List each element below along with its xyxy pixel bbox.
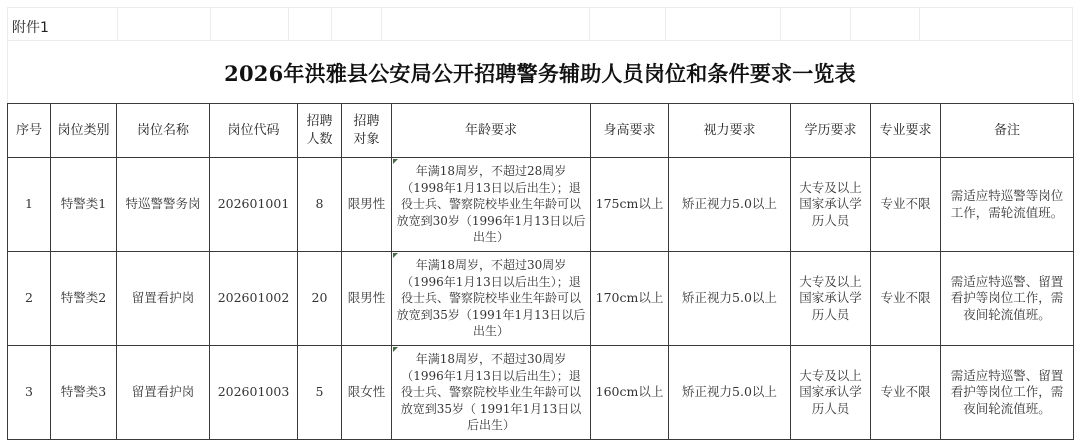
cell-target: 限男性: [342, 252, 392, 346]
header-vision: 视力要求: [669, 104, 791, 158]
gridline: [589, 8, 590, 41]
cell-age: 年满18周岁，不超过28周岁（1998年1月13日以后出生）；退役士兵、警察院校…: [392, 158, 591, 252]
cell-education: 大专及以上国家承认学历人员: [791, 346, 871, 440]
positions-table: 序号 岗位类别 岗位名称 岗位代码 招聘人数 招聘对象 年龄要求 身高要求 视力…: [7, 103, 1074, 440]
header-count: 招聘人数: [298, 104, 342, 158]
gridline: [919, 8, 920, 41]
cell-category: 特警类1: [51, 158, 117, 252]
cell-remarks: 需适应特巡警、留置看护等岗位工作，需夜间轮流值班。: [941, 252, 1074, 346]
gridline: [780, 8, 781, 41]
gridline: [665, 8, 666, 41]
cell-remarks: 需适应特巡警、留置看护等岗位工作，需夜间轮流值班。: [941, 346, 1074, 440]
cell-category: 特警类3: [51, 346, 117, 440]
cell-seq: 3: [8, 346, 51, 440]
table-row: 1 特警类1 特巡警警务岗 202601001 8 限男性 年满18周岁，不超过…: [8, 158, 1074, 252]
header-category: 岗位类别: [51, 104, 117, 158]
cell-education: 大专及以上国家承认学历人员: [791, 158, 871, 252]
cell-name: 留置看护岗: [117, 252, 210, 346]
gridline: [331, 8, 332, 41]
cell-code: 202601003: [210, 346, 298, 440]
header-seq: 序号: [8, 104, 51, 158]
cell-vision: 矫正视力5.0以上: [669, 158, 791, 252]
cell-target: 限女性: [342, 346, 392, 440]
cell-education: 大专及以上国家承认学历人员: [791, 252, 871, 346]
header-education: 学历要求: [791, 104, 871, 158]
cell-code: 202601001: [210, 158, 298, 252]
gridline: [381, 8, 382, 41]
cell-age: 年满18周岁，不超过30周岁（1996年1月13日以后出生）；退役士兵、警察院校…: [392, 252, 591, 346]
cell-target: 限男性: [342, 158, 392, 252]
cell-count: 20: [298, 252, 342, 346]
cell-major: 专业不限: [871, 346, 941, 440]
cell-code: 202601002: [210, 252, 298, 346]
header-target: 招聘对象: [342, 104, 392, 158]
cell-seq: 2: [8, 252, 51, 346]
cell-vision: 矫正视力5.0以上: [669, 346, 791, 440]
cell-age: 年满18周岁，不超过30周岁（1996年1月13日以后出生）；退役士兵、警察院校…: [392, 346, 591, 440]
cell-seq: 1: [8, 158, 51, 252]
cell-count: 5: [298, 346, 342, 440]
header-height: 身高要求: [591, 104, 669, 158]
cell-height: 160cm以上: [591, 346, 669, 440]
header-code: 岗位代码: [210, 104, 298, 158]
header-major: 专业要求: [871, 104, 941, 158]
gridline: [210, 8, 211, 41]
cell-category: 特警类2: [51, 252, 117, 346]
gridline: [850, 8, 851, 41]
cell-remarks: 需适应特巡警等岗位工作，需轮流值班。: [941, 158, 1074, 252]
cell-height: 170cm以上: [591, 252, 669, 346]
page-title: 2026年洪雅县公安局公开招聘警务辅助人员岗位和条件要求一览表: [8, 41, 1072, 104]
cell-name: 留置看护岗: [117, 346, 210, 440]
recruitment-sheet: 附件1 2026年洪雅县公安局公开招聘警务辅助人员岗位和条件要求一览表 序号 岗…: [7, 7, 1073, 440]
attachment-row: 附件1: [8, 8, 1072, 41]
gridline: [288, 8, 289, 41]
cell-major: 专业不限: [871, 158, 941, 252]
cell-major: 专业不限: [871, 252, 941, 346]
cell-count: 8: [298, 158, 342, 252]
table-row: 3 特警类3 留置看护岗 202601003 5 限女性 年满18周岁，不超过3…: [8, 346, 1074, 440]
attachment-label: 附件1: [12, 17, 49, 37]
gridline: [117, 8, 118, 41]
table-row: 2 特警类2 留置看护岗 202601002 20 限男性 年满18周岁，不超过…: [8, 252, 1074, 346]
cell-height: 175cm以上: [591, 158, 669, 252]
header-remarks: 备注: [941, 104, 1074, 158]
header-name: 岗位名称: [117, 104, 210, 158]
header-age: 年龄要求: [392, 104, 591, 158]
table-header-row: 序号 岗位类别 岗位名称 岗位代码 招聘人数 招聘对象 年龄要求 身高要求 视力…: [8, 104, 1074, 158]
cell-name: 特巡警警务岗: [117, 158, 210, 252]
sheet-header-area: 附件1 2026年洪雅县公安局公开招聘警务辅助人员岗位和条件要求一览表: [7, 7, 1073, 103]
cell-vision: 矫正视力5.0以上: [669, 252, 791, 346]
